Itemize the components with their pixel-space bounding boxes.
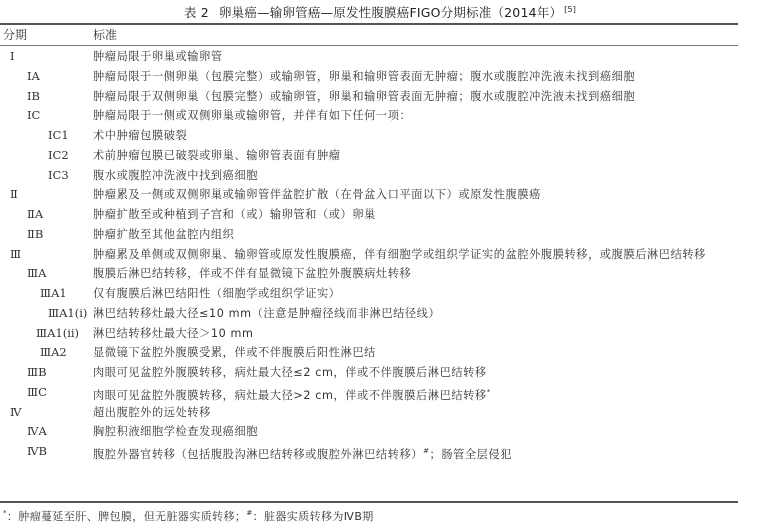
criteria-text: 超出腹腔外的远处转移 [93, 403, 211, 423]
table-row: ⅢA1(ii)淋巴结转移灶最大径＞10 mm [0, 324, 738, 344]
table-row: ⅢB肉眼可见盆腔外腹膜转移，病灶最大径≤2 cm，伴或不伴腹膜后淋巴结转移 [0, 363, 738, 383]
stage-label: ⅢA2 [40, 343, 67, 363]
criteria-text: 腹膜后淋巴结转移，伴或不伴有显微镜下盆腔外腹膜病灶转移 [93, 264, 411, 284]
stage-label: ⅢA1(ii) [36, 324, 79, 344]
criteria-text: 淋巴结转移灶最大径≤10 mm（注意是肿瘤径线而非淋巴结径线） [93, 304, 440, 324]
table-row: ⅠC2术前肿瘤包膜已破裂或卵巢、输卵管表面有肿瘤 [0, 146, 738, 166]
criteria-text: 肿瘤扩散至其他盆腔内组织 [93, 225, 234, 245]
criteria-text: 肉眼可见盆腔外腹膜转移，病灶最大径≤2 cm，伴或不伴腹膜后淋巴结转移 [93, 363, 487, 383]
stage-label: ⅠB [27, 87, 40, 107]
footnote-marker: * [487, 388, 491, 396]
table-row: ⅠC1术中肿瘤包膜破裂 [0, 126, 738, 146]
table-row: Ⅱ肿瘤累及一侧或双侧卵巢或输卵管伴盆腔扩散（在骨盆入口平面以下）或原发性腹膜癌 [0, 185, 738, 205]
criteria-text: 腹腔外器官转移（包括腹股沟淋巴结转移或腹腔外淋巴结转移）#；肠管全层侵犯 [93, 442, 512, 465]
table-row: ⅢA1(i)淋巴结转移灶最大径≤10 mm（注意是肿瘤径线而非淋巴结径线） [0, 304, 738, 324]
criteria-text: 显微镜下盆腔外腹膜受累，伴或不伴腹膜后阳性淋巴结 [93, 343, 376, 363]
stage-label: ⅢA [27, 264, 46, 284]
table-number: 表 2 [184, 5, 209, 20]
criteria-tail: ；肠管全层侵犯 [430, 448, 513, 461]
table-row: Ⅳ超出腹腔外的远处转移 [0, 403, 738, 423]
criteria-text: 肿瘤累及单侧或双侧卵巢、输卵管或原发性腹膜癌，伴有细胞学或组织学证实的盆腔外腹膜… [93, 245, 706, 265]
table-row: ⅠB肿瘤局限于双侧卵巢（包膜完整）或输卵管，卵巢和输卵管表面无肿瘤；腹水或腹腔冲… [0, 87, 738, 107]
stage-label: ⅠC2 [48, 146, 69, 166]
criteria-text: 肿瘤局限于双侧卵巢（包膜完整）或输卵管，卵巢和输卵管表面无肿瘤；腹水或腹腔冲洗液… [93, 87, 635, 107]
stage-label: Ⅰ [10, 47, 15, 67]
criteria-text: 腹水或腹腔冲洗液中找到癌细胞 [93, 166, 258, 186]
criteria-text: 术前肿瘤包膜已破裂或卵巢、输卵管表面有肿瘤 [93, 146, 341, 166]
table-row: ⅠC肿瘤局限于一侧或双侧卵巢或输卵管，并伴有如下任何一项： [0, 106, 738, 126]
header-criteria: 标准 [93, 25, 117, 45]
table-row: Ⅰ肿瘤局限于卵巢或输卵管 [0, 47, 738, 67]
stage-label: ⅠA [27, 67, 40, 87]
table-title-text: 卵巢癌—输卵管癌—原发性腹膜癌FIGO分期标准（2014年） [219, 5, 562, 20]
criteria-text: 肿瘤局限于一侧卵巢（包膜完整）或输卵管，卵巢和输卵管表面无肿瘤；腹水或腹腔冲洗液… [93, 67, 635, 87]
stage-label: ⅣA [27, 422, 47, 442]
criteria-text: 肿瘤扩散至或种植到子宫和（或）输卵管和（或）卵巢 [93, 205, 376, 225]
table-row: ⅠC3腹水或腹腔冲洗液中找到癌细胞 [0, 166, 738, 186]
footnote-text-1: ：肿瘤蔓延至肝、脾包膜，但无脏器实质转移； [7, 510, 246, 523]
criteria-text: 肿瘤累及一侧或双侧卵巢或输卵管伴盆腔扩散（在骨盆入口平面以下）或原发性腹膜癌 [93, 185, 541, 205]
stage-label: ⅢA1(i) [48, 304, 87, 324]
table-row: ⅢA1仅有腹膜后淋巴结阳性（细胞学或组织学证实） [0, 284, 738, 304]
criteria-text: 术中肿瘤包膜破裂 [93, 126, 187, 146]
stage-label: ⅠC1 [48, 126, 69, 146]
stage-label: ⅡB [27, 225, 43, 245]
table-row: ⅢA腹膜后淋巴结转移，伴或不伴有显微镜下盆腔外腹膜病灶转移 [0, 264, 738, 284]
table-row: ⅢA2显微镜下盆腔外腹膜受累，伴或不伴腹膜后阳性淋巴结 [0, 343, 738, 363]
table-row: ⅣB腹腔外器官转移（包括腹股沟淋巴结转移或腹腔外淋巴结转移）#；肠管全层侵犯 [0, 442, 738, 462]
stage-label: ⅢC [27, 383, 47, 403]
stage-label: Ⅲ [10, 245, 21, 265]
stage-label: ⅠC3 [48, 166, 69, 186]
table-body: Ⅰ肿瘤局限于卵巢或输卵管 ⅠA肿瘤局限于一侧卵巢（包膜完整）或输卵管，卵巢和输卵… [0, 47, 738, 462]
stage-label: ⅡA [27, 205, 43, 225]
criteria-main: 腹腔外器官转移（包括腹股沟淋巴结转移或腹腔外淋巴结转移） [93, 448, 423, 461]
criteria-text: 肿瘤局限于一侧或双侧卵巢或输卵管，并伴有如下任何一项： [93, 106, 411, 126]
table-bottom-rule [0, 501, 738, 503]
header-stage: 分期 [3, 25, 27, 45]
criteria-main: 肉眼可见盆腔外腹膜转移，病灶最大径>2 cm，伴或不伴腹膜后淋巴结转移 [93, 389, 487, 402]
table-footnote: *：肿瘤蔓延至肝、脾包膜，但无脏器实质转移；#：脏器实质转移为ⅣB期 [3, 505, 374, 524]
table-row: ⅡA肿瘤扩散至或种植到子宫和（或）输卵管和（或）卵巢 [0, 205, 738, 225]
stage-label: Ⅱ [10, 185, 18, 205]
table-row: ⅡB肿瘤扩散至其他盆腔内组织 [0, 225, 738, 245]
table-row: ⅠA肿瘤局限于一侧卵巢（包膜完整）或输卵管，卵巢和输卵管表面无肿瘤；腹水或腹腔冲… [0, 67, 738, 87]
table-row: Ⅲ肿瘤累及单侧或双侧卵巢、输卵管或原发性腹膜癌，伴有细胞学或组织学证实的盆腔外腹… [0, 245, 738, 265]
stage-label: ⅠC [27, 106, 40, 126]
criteria-text: 仅有腹膜后淋巴结阳性（细胞学或组织学证实） [93, 284, 341, 304]
stage-label: ⅢA1 [40, 284, 67, 304]
criteria-text: 胸腔积液细胞学检查发现癌细胞 [93, 422, 258, 442]
table-title: 表 2卵巢癌—输卵管癌—原发性腹膜癌FIGO分期标准（2014年）[5] [0, 3, 760, 21]
stage-label: ⅢB [27, 363, 47, 383]
footnote-text-2: ：脏器实质转移为ⅣB期 [253, 510, 374, 523]
stage-label: ⅣB [27, 442, 47, 462]
stage-label: Ⅳ [10, 403, 22, 423]
table-row: ⅣA胸腔积液细胞学检查发现癌细胞 [0, 422, 738, 442]
reference-marker: [5] [564, 5, 576, 14]
table-row: ⅢC肉眼可见盆腔外腹膜转移，病灶最大径>2 cm，伴或不伴腹膜后淋巴结转移* [0, 383, 738, 403]
criteria-text: 淋巴结转移灶最大径＞10 mm [93, 324, 253, 344]
criteria-text: 肿瘤局限于卵巢或输卵管 [93, 47, 223, 67]
table-header-rule [0, 45, 738, 46]
